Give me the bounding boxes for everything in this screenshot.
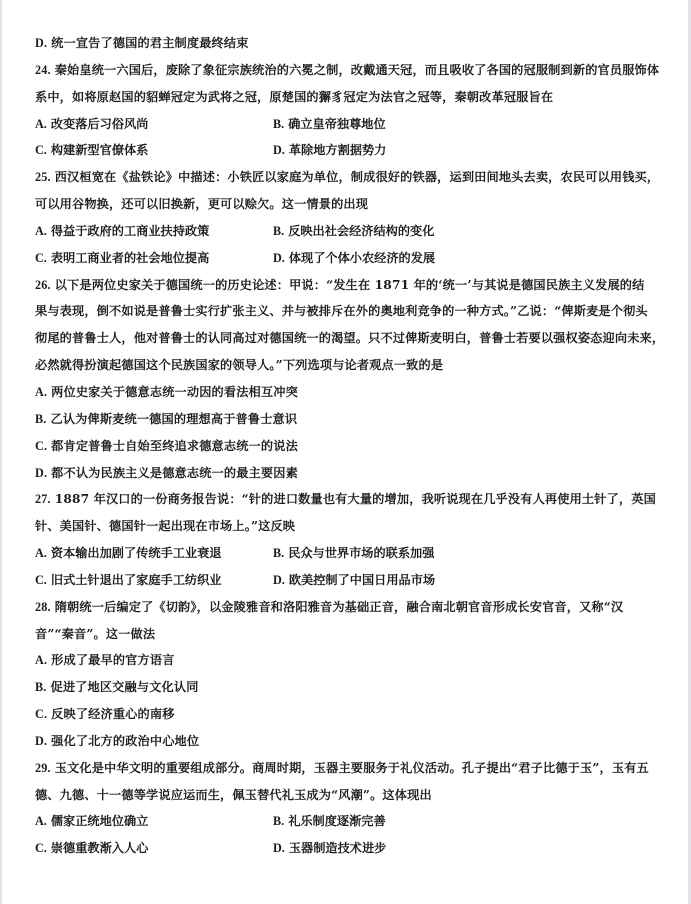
question-number: 26. [35, 278, 51, 292]
option-label: C. [35, 251, 47, 265]
option-label: D. [35, 466, 47, 480]
option-text: 旧式土针退出了家庭手工纺织业 [51, 573, 222, 587]
option-a[interactable]: A.改变落后习俗风尚 [35, 111, 273, 138]
question-number: 28. [35, 600, 51, 614]
option-text: 都肯定普鲁士自始至终追求德意志统一的说法 [51, 439, 298, 453]
option-text: 体现了个体小农经济的发展 [289, 251, 435, 265]
option-c[interactable]: C.旧式土针退出了家庭手工纺织业 [35, 567, 273, 594]
option-a[interactable]: A.两位史家关于德意志统一动因的看法相互冲突 [35, 379, 660, 406]
option-d[interactable]: D.欧美控制了中国日用品市场 [273, 567, 511, 594]
option-label: C. [35, 707, 47, 721]
option-a[interactable]: A.资本输出加剧了传统手工业衰退 [35, 540, 273, 567]
option-d[interactable]: D.玉器制造技术进步 [273, 835, 511, 862]
stem-text: 玉文化是中华文明的重要组成部分。商周时期，玉器主要服务于礼仪活动。孔子提出“君子… [55, 761, 649, 775]
option-text: 民众与世界市场的联系加强 [288, 546, 434, 560]
option-text: 得益于政府的工商业扶持政策 [51, 224, 209, 238]
option-label: A. [35, 814, 47, 828]
option-c[interactable]: C.反映了经济重心的南移 [35, 701, 660, 728]
option-label: D. [273, 143, 285, 157]
stem-text: 音”“秦音”。这一做法 [35, 627, 155, 641]
option-a[interactable]: A.得益于政府的工商业扶持政策 [35, 218, 273, 245]
question-29: 29.玉文化是中华文明的重要组成部分。商周时期，玉器主要服务于礼仪活动。孔子提出… [35, 755, 660, 862]
question-stem-line: 针、美国针、德国针一起出现在市场上。”这反映 [35, 513, 660, 540]
page-left-edge [0, 0, 2, 904]
option-text: 资本输出加剧了传统手工业衰退 [51, 546, 222, 560]
question-stem-line: 音”“秦音”。这一做法 [35, 621, 660, 648]
option-text: 强化了北方的政治中心地位 [51, 734, 199, 748]
question-stem-line: 彻尾的普鲁士人，他对普鲁士的认同高过对德国统一的渴望。只不过俾斯麦明白，普鲁士若… [35, 325, 660, 352]
options-row: A.得益于政府的工商业扶持政策 B.反映出社会经济结构的变化 [35, 218, 660, 245]
option-text: 统一宣告了德国的君主制度最终结束 [51, 36, 248, 50]
option-text: 反映出社会经济结构的变化 [288, 224, 434, 238]
option-label: D. [273, 573, 285, 587]
previous-question-option-d: D.统一宣告了德国的君主制度最终结束 [35, 30, 660, 57]
question-stem-line: 果与表现，倒不如说是普鲁士实行扩张主义、并与被排斥在外的奥地利竞争的一种方式。”… [35, 298, 660, 325]
option-label: D. [35, 36, 47, 50]
option-text: 促进了地区交融与文化认同 [50, 680, 198, 694]
option-label: B. [35, 680, 46, 694]
option-b[interactable]: B.确立皇帝独尊地位 [273, 111, 511, 138]
option-d[interactable]: D.革除地方割据势力 [273, 137, 511, 164]
option-label: B. [273, 224, 284, 238]
question-stem-line: 24.秦始皇统一六国后，废除了象征宗族统治的六冕之制，改戴通天冠，而且吸收了各国… [35, 57, 660, 84]
option-label: B. [35, 412, 46, 426]
question-27: 27.1887 年汉口的一份商务报告说：“针的进口数量也有大量的增加，我听说现在… [35, 486, 660, 593]
stem-text: 果与表现，倒不如说是普鲁士实行扩张主义、并与被排斥在外的奥地利竞争的一种方式。”… [35, 304, 648, 318]
stem-text: 必然就得扮演起德国这个民族国家的领导人。”下列选项与论者观点一致的是 [35, 358, 443, 372]
options-row: C.崇德重教渐入人心 D.玉器制造技术进步 [35, 835, 660, 862]
option-text: 乙认为俾斯麦统一德国的理想高于普鲁士意识 [50, 412, 297, 426]
stem-text: 秦始皇统一六国后，废除了象征宗族统治的六冕之制，改戴通天冠，而且吸收了各国的冠服… [55, 63, 660, 77]
question-stem-line: 27.1887 年汉口的一份商务报告说：“针的进口数量也有大量的增加，我听说现在… [35, 486, 660, 513]
option-label: B. [273, 546, 284, 560]
option-text: 革除地方割据势力 [289, 143, 387, 157]
option-label: C. [35, 841, 47, 855]
option-label: D. [35, 734, 47, 748]
option-label: A. [35, 546, 47, 560]
question-26: 26.以下是两位史家关于德国统一的历史论述：甲说：“发生在 1871 年的‘统一… [35, 272, 660, 487]
option-c[interactable]: C.构建新型官僚体系 [35, 137, 273, 164]
option-d[interactable]: D.体现了个体小农经济的发展 [273, 245, 511, 272]
option-a[interactable]: A.儒家正统地位确立 [35, 808, 273, 835]
question-stem-line: 系中，如将原赵国的貂蝉冠定为武将之冠，原楚国的獬豸冠定为法官之冠等，秦朝改革冠服… [35, 84, 660, 111]
stem-text: 彻尾的普鲁士人，他对普鲁士的认同高过对德国统一的渴望。只不过俾斯麦明白，普鲁士若… [35, 331, 664, 345]
question-number: 29. [35, 761, 51, 775]
option-d[interactable]: D.强化了北方的政治中心地位 [35, 728, 660, 755]
option-label: A. [35, 385, 47, 399]
stem-text: 德、九德、十一德等学说应运而生，佩玉替代礼玉成为“风潮”。这体现出 [35, 788, 432, 802]
option-b[interactable]: B.民众与世界市场的联系加强 [273, 540, 511, 567]
question-number: 24. [35, 63, 51, 77]
option-label: B. [273, 117, 284, 131]
option-text: 反映了经济重心的南移 [51, 707, 174, 721]
stem-text: 针、美国针、德国针一起出现在市场上。”这反映 [35, 519, 295, 533]
option-text: 确立皇帝独尊地位 [288, 117, 386, 131]
option-label: D. [273, 841, 285, 855]
question-28: 28.隋朝统一后编定了《切韵》，以金陵雅音和洛阳雅音为基础正音，融合南北朝官音形… [35, 594, 660, 755]
stem-text: 1887 年汉口的一份商务报告说：“针的进口数量也有大量的增加，我听说现在几乎没… [55, 492, 656, 506]
option-label: B. [273, 814, 284, 828]
option-b[interactable]: B.促进了地区交融与文化认同 [35, 674, 660, 701]
question-number: 25. [35, 170, 51, 184]
option-b[interactable]: B.反映出社会经济结构的变化 [273, 218, 511, 245]
question-stem-line: 26.以下是两位史家关于德国统一的历史论述：甲说：“发生在 1871 年的‘统一… [35, 272, 660, 299]
options-row: C.旧式土针退出了家庭手工纺织业 D.欧美控制了中国日用品市场 [35, 567, 660, 594]
question-stem-line: 29.玉文化是中华文明的重要组成部分。商周时期，玉器主要服务于礼仪活动。孔子提出… [35, 755, 660, 782]
question-stem-line: 25.西汉桓宽在《盐铁论》中描述：小铁匠以家庭为单位，制成很好的铁器，运到田间地… [35, 164, 660, 191]
question-stem-line: 28.隋朝统一后编定了《切韵》，以金陵雅音和洛阳雅音为基础正音，融合南北朝官音形… [35, 594, 660, 621]
option-c[interactable]: C.崇德重教渐入人心 [35, 835, 273, 862]
option-text: 改变落后习俗风尚 [51, 117, 149, 131]
question-stem-line: 德、九德、十一德等学说应运而生，佩玉替代礼玉成为“风潮”。这体现出 [35, 782, 660, 809]
option-text: 玉器制造技术进步 [289, 841, 387, 855]
exam-page: D.统一宣告了德国的君主制度最终结束 24.秦始皇统一六国后，废除了象征宗族统治… [35, 30, 660, 862]
option-text: 都不认为民族主义是德意志统一的最主要因素 [51, 466, 298, 480]
options-row: A.资本输出加剧了传统手工业衰退 B.民众与世界市场的联系加强 [35, 540, 660, 567]
option-text: 崇德重教渐入人心 [51, 841, 149, 855]
option-a[interactable]: A.形成了最早的官方语言 [35, 647, 660, 674]
option-text: 两位史家关于德意志统一动因的看法相互冲突 [51, 385, 298, 399]
option-label: C. [35, 573, 47, 587]
options-row: C.表明工商业者的社会地位提高 D.体现了个体小农经济的发展 [35, 245, 660, 272]
option-text: 形成了最早的官方语言 [51, 653, 174, 667]
stem-text: 可以用谷物换，还可以旧换新，更可以赊欠。这一情景的出现 [35, 197, 368, 211]
option-c[interactable]: C.表明工商业者的社会地位提高 [35, 245, 273, 272]
stem-text: 系中，如将原赵国的貂蝉冠定为武将之冠，原楚国的獬豸冠定为法官之冠等，秦朝改革冠服… [35, 90, 553, 104]
option-label: D. [273, 251, 285, 265]
option-label: A. [35, 224, 47, 238]
stem-text: 隋朝统一后编定了《切韵》，以金陵雅音和洛阳雅音为基础正音，融合南北朝官音形成长安… [55, 600, 624, 614]
option-c[interactable]: C.都肯定普鲁士自始至终追求德意志统一的说法 [35, 433, 660, 460]
option-label: A. [35, 653, 47, 667]
option-label: A. [35, 117, 47, 131]
option-label: C. [35, 143, 47, 157]
stem-text: 西汉桓宽在《盐铁论》中描述：小铁匠以家庭为单位，制成很好的铁器，运到田间地头去卖… [55, 170, 660, 184]
option-text: 礼乐制度逐渐完善 [288, 814, 386, 828]
option-d[interactable]: D.都不认为民族主义是德意志统一的最主要因素 [35, 460, 660, 487]
question-stem-line: 可以用谷物换，还可以旧换新，更可以赊欠。这一情景的出现 [35, 191, 660, 218]
options-row: A.改变落后习俗风尚 B.确立皇帝独尊地位 [35, 111, 660, 138]
question-25: 25.西汉桓宽在《盐铁论》中描述：小铁匠以家庭为单位，制成很好的铁器，运到田间地… [35, 164, 660, 271]
option-text: 儒家正统地位确立 [51, 814, 149, 828]
option-text: 欧美控制了中国日用品市场 [289, 573, 435, 587]
question-24: 24.秦始皇统一六国后，废除了象征宗族统治的六冕之制，改戴通天冠，而且吸收了各国… [35, 57, 660, 164]
option-b[interactable]: B.礼乐制度逐渐完善 [273, 808, 511, 835]
option-label: C. [35, 439, 47, 453]
question-stem-line: 必然就得扮演起德国这个民族国家的领导人。”下列选项与论者观点一致的是 [35, 352, 660, 379]
option-text: 构建新型官僚体系 [51, 143, 149, 157]
options-row: C.构建新型官僚体系 D.革除地方割据势力 [35, 137, 660, 164]
option-b[interactable]: B.乙认为俾斯麦统一德国的理想高于普鲁士意识 [35, 406, 660, 433]
question-number: 27. [35, 492, 51, 506]
stem-text: 以下是两位史家关于德国统一的历史论述：甲说：“发生在 1871 年的‘统一’与其… [55, 278, 645, 292]
options-row: A.儒家正统地位确立 B.礼乐制度逐渐完善 [35, 808, 660, 835]
option-text: 表明工商业者的社会地位提高 [51, 251, 209, 265]
